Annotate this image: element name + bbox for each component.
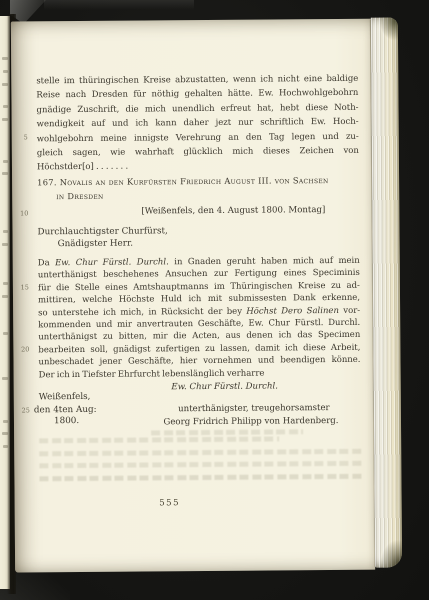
dateline: [Weißenfels, den 4. August 1800. Montag] [141,205,325,216]
continuation-paragraph: stelle im thüringischen Kreise abzustatt… [36,72,359,175]
closing-place: Weißenfels, [39,392,91,402]
closing-year: 1800. [54,416,79,426]
closing-date: den 4ten Aug: [34,404,97,414]
closing-signature: Georg Fridrich Philipp von Hardenberg. [131,415,371,427]
text-segment: so unterstehe ich mich, in Rücksicht der… [38,306,246,318]
text-segment: in Gnaden geruht haben mich auf mein [169,256,360,267]
italic-segment: Höchst Dero Salinen [246,306,339,317]
letter-heading-line2: in Dresden [56,191,103,201]
text-segment: Da [38,258,55,268]
margin-line-number-25: 25 [17,406,30,414]
closing-valediction: unterthänigster, treugehorsamster [154,402,354,414]
bleedthrough-line [151,429,303,435]
margin-line-number-10: 10 [15,209,28,217]
bleedthrough-line [39,461,361,469]
salutation-line1: Durchlauchtigster Churfürst, [37,226,167,237]
bleedthrough-line [39,436,279,443]
fore-edge [371,17,402,567]
closing-formula: Ew. Chur Fürstl. Durchl. [115,381,335,393]
fore-edge-corner-smudge-bottom [380,539,402,567]
text-segment: vor- [339,305,360,315]
margin-line-number-5: 5 [15,133,28,141]
italic-segment: Ew. Chur Fürstl. Durchl. [55,257,169,268]
salutation-line2: Gnädigster Herr. [58,238,133,249]
page-number: 555 [145,498,195,508]
bleedthrough-line [39,449,361,457]
margin-line-number-20: 20 [16,345,29,353]
book: 5 10 15 20 25 stelle im thüringischen Kr… [10,17,403,574]
letter-body: Da Ew. Chur Fürstl. Durchl. in Gnaden ge… [38,255,361,381]
backdrop-glare-top [44,0,194,10]
letter-heading-line1: 167. Novalis an den Kurfürsten Friedrich… [37,174,367,187]
text-line: Der ich in Tiefster Ehrfurcht lebensläng… [39,366,361,381]
bleedthrough-line [39,474,361,482]
text-line: unbeschadet jener Geschäfte, hier vorneh… [38,354,360,369]
book-page: 5 10 15 20 25 stelle im thüringischen Kr… [11,19,375,573]
text-line: Höchstder[o] . . . . . . . [37,158,359,175]
book-photo-scene: 5 10 15 20 25 stelle im thüringischen Kr… [0,0,429,600]
margin-line-number-15: 15 [16,283,29,291]
fore-edge-corner-smudge-top [379,17,398,41]
text-line: gleich sagen, wie wahrhaft glücklich mic… [37,144,359,161]
